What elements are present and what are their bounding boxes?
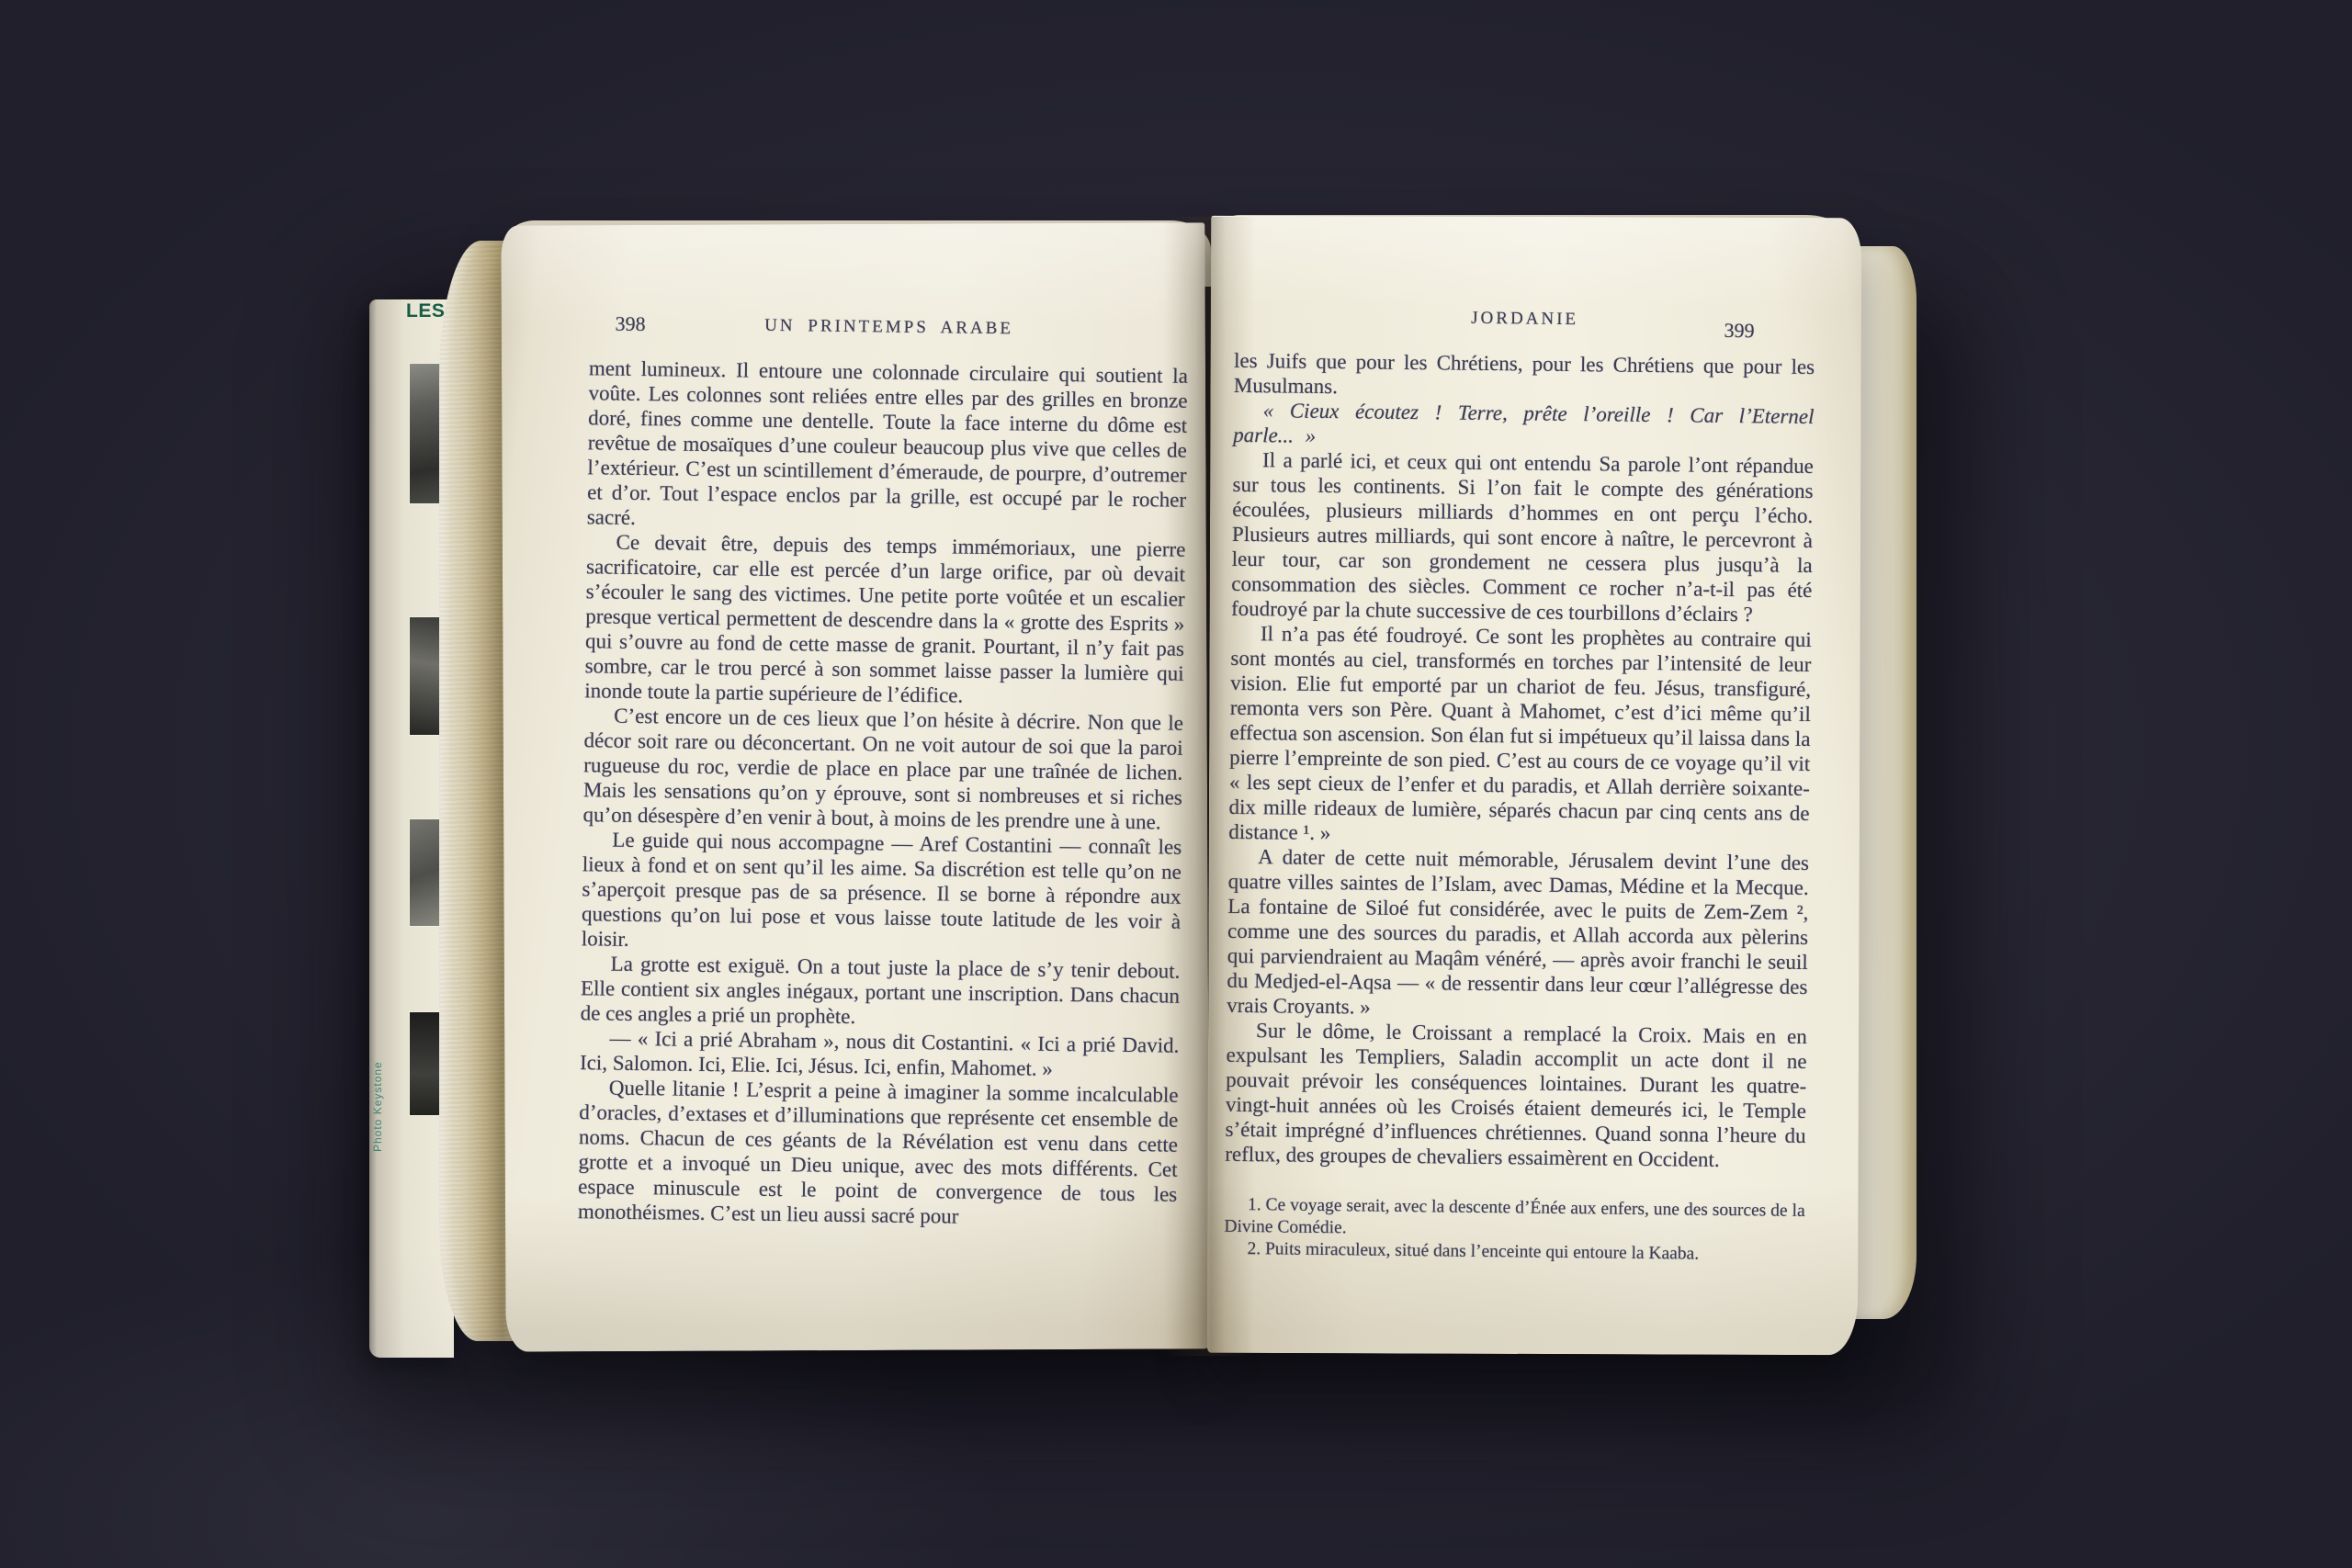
jacket-title: LES [406, 300, 445, 321]
paragraph: La grotte est exiguë. On a tout juste la… [581, 951, 1181, 1033]
paragraph: Il a parlé ici, et ceux qui ont entendu … [1231, 447, 1814, 627]
right-page-content: JORDANIE 399 les Juifs que pour les Chré… [1224, 304, 1815, 1267]
footnote: 1. Ce voyage serait, avec la descente d’… [1224, 1194, 1805, 1245]
paragraph: — « Ici a prié Abraham », nous dit Costa… [580, 1025, 1180, 1083]
running-header-left: UN PRINTEMPS ARABE [589, 313, 1188, 342]
book-photo-scene: LES Photo Keystone 398 UN PRINTEMPS ARAB… [0, 0, 2352, 1568]
left-page-content: 398 UN PRINTEMPS ARABE ment lumineux. Il… [578, 311, 1189, 1231]
left-page: 398 UN PRINTEMPS ARABE ment lumineux. Il… [501, 222, 1209, 1351]
right-page: JORDANIE 399 les Juifs que pour les Chré… [1207, 216, 1861, 1355]
paragraph: A dater de cette nuit mémorable, Jérusal… [1227, 844, 1809, 1024]
paragraph: Le guide qui nous accompagne — Aref Cost… [582, 827, 1182, 959]
scripture-quote-paragraph: « Cieux écoutez ! Terre, prête l’oreille… [1233, 398, 1815, 454]
paragraph: Quelle litanie ! L’esprit a peine à imag… [578, 1075, 1179, 1232]
paragraph: les Juifs que pour les Chrétiens, pour l… [1234, 348, 1815, 404]
paragraph: C’est encore un de ces lieux que l’on hé… [582, 703, 1183, 835]
paragraph: Ce devait être, depuis des temps immémor… [584, 529, 1185, 711]
paragraph: ment lumineux. Il entoure une colonnade … [587, 355, 1188, 537]
left-page-text: ment lumineux. Il entoure une colonnade … [578, 355, 1188, 1231]
paragraph: Il n’a pas été foudroyé. Ce sont les pro… [1228, 621, 1812, 851]
page-number-right: 399 [1724, 319, 1754, 343]
right-page-text: les Juifs que pour les Chrétiens, pour l… [1225, 348, 1815, 1173]
footnotes: 1. Ce voyage serait, avec la descente d’… [1224, 1194, 1805, 1267]
paragraph: Sur le dôme, le Croissant a remplacé la … [1225, 1018, 1807, 1173]
left-page-header: 398 UN PRINTEMPS ARABE [589, 311, 1189, 364]
right-page-header: JORDANIE 399 [1234, 304, 1815, 355]
jacket-photo-credit: Photo Keystone [371, 1032, 384, 1152]
